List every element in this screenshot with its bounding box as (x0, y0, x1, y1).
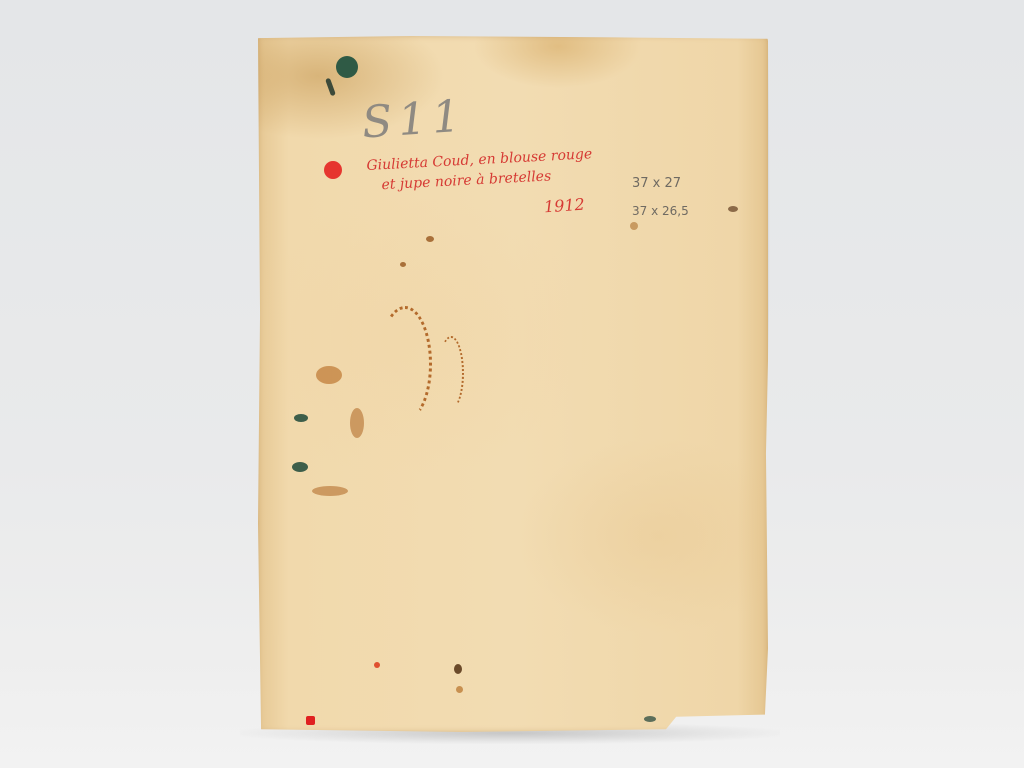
rust-cluster-stain (350, 408, 364, 438)
brown-stain (728, 206, 738, 212)
dimensions-label-2: 37 x 26,5 (632, 204, 689, 218)
inscription-year: 1912 (543, 195, 585, 217)
handwritten-inscription: Giulietta Coud, en blouse rouge et jupe … (366, 144, 594, 196)
cardboard-panel: S11 Giulietta Coud, en blouse rouge et j… (258, 36, 768, 732)
brown-stain (456, 686, 463, 693)
dimensions-label-1: 37 x 27 (632, 176, 681, 191)
pencil-inventory-number: S11 (360, 90, 467, 148)
green-paint-streak (325, 78, 336, 97)
red-paint-fleck (306, 716, 315, 725)
rust-cluster-stain (316, 366, 342, 384)
rust-arc-stain (378, 306, 432, 422)
green-paint-fleck (336, 56, 358, 78)
brown-stain (630, 222, 638, 230)
dark-stain (454, 664, 462, 674)
brown-stain (426, 236, 434, 242)
green-paint-fleck (294, 414, 308, 422)
red-paint-fleck (374, 662, 380, 668)
brown-stain (400, 262, 406, 267)
rust-cluster-stain (312, 486, 348, 496)
green-paint-fleck (644, 716, 656, 722)
green-paint-fleck (292, 462, 308, 472)
rust-arc-stain (438, 336, 464, 410)
red-dot-sticker (324, 161, 342, 179)
